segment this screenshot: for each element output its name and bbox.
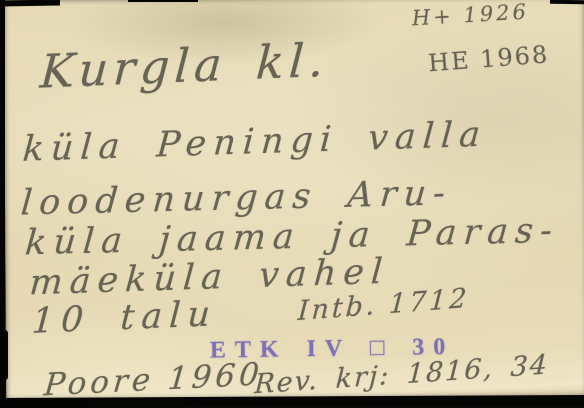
card-title-place-name: Kurgla kl. [39,33,331,99]
scan-edge-top-right [550,0,584,4]
scan-edge-bottom [0,395,584,408]
pencil-annotation-check: HE 1968 [427,40,550,77]
archive-card-paper: H+ 1926 Kurgla kl. HE 1968 küla Peningi … [4,0,584,400]
body-line: 10 talu [31,294,219,342]
pencil-annotation-year: H+ 1926 [411,0,529,30]
scan-edge-top-mid [128,0,198,2]
scanned-card-frame: H+ 1926 Kurgla kl. HE 1968 küla Peningi … [0,0,584,408]
scan-edge-left-bump [0,330,8,380]
body-line: küla Peningi valla [21,115,488,170]
scan-edge-top-left [0,0,60,7]
